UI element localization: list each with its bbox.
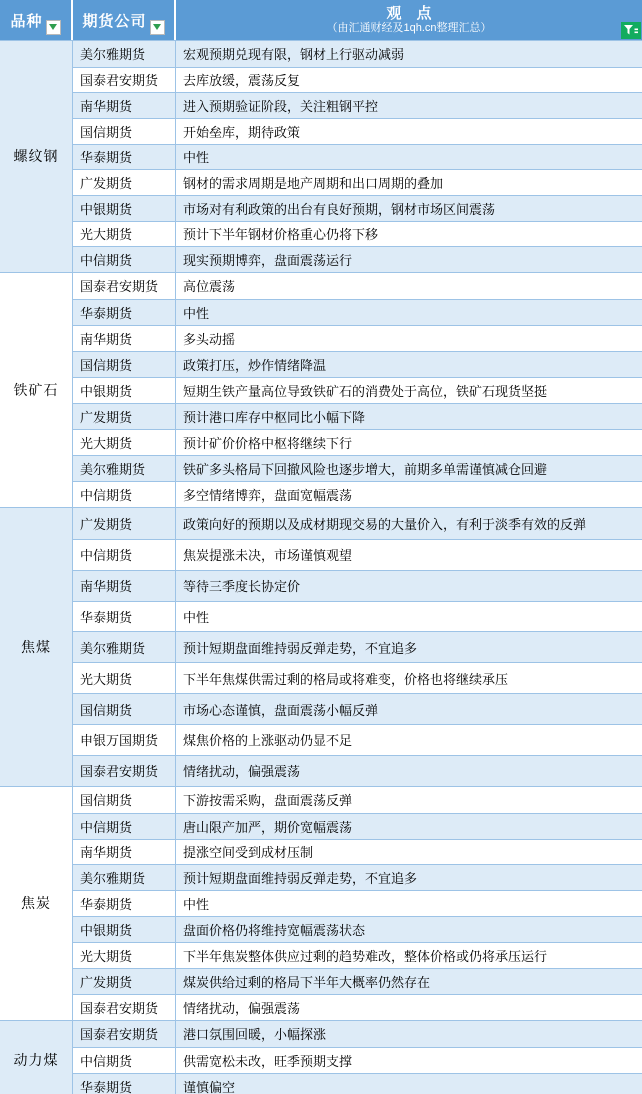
- company-cell[interactable]: 国泰君安期货: [73, 273, 176, 299]
- company-cell[interactable]: 中信期货: [73, 247, 176, 272]
- company-cell[interactable]: 光大期货: [73, 222, 176, 247]
- header-company-label: 期货公司: [82, 10, 146, 31]
- viewpoint-cell[interactable]: 港口氛围回暖，小幅探涨: [176, 1021, 642, 1047]
- table-row: 国泰君安期货情绪扰动，偏强震荡: [73, 994, 642, 1020]
- viewpoint-cell[interactable]: 预计下半年钢材价格重心仍将下移: [176, 222, 642, 247]
- commodity-section: 焦煤广发期货政策向好的预期以及成材期现交易的大量价入，有利于淡季有效的反弹中信期…: [0, 507, 642, 786]
- table-row: 美尔雅期货预计短期盘面维持弱反弹走势，不宜追多: [73, 864, 642, 890]
- variety-label: 焦煤: [21, 637, 51, 657]
- table-row: 中信期货现实预期博弈，盘面震荡运行: [73, 246, 642, 272]
- table-row: 国信期货市场心态谨慎，盘面震荡小幅反弹: [73, 693, 642, 724]
- viewpoint-cell[interactable]: 开始垒库，期待政策: [176, 119, 642, 144]
- company-cell[interactable]: 国泰君安期货: [73, 756, 176, 786]
- header-cell-viewpoint: 观 点 （由汇通财经及1qh.cn整理汇总）: [176, 0, 642, 40]
- company-cell[interactable]: 中银期货: [73, 917, 176, 942]
- table-row: 美尔雅期货预计短期盘面维持弱反弹走势，不宜追多: [73, 631, 642, 662]
- viewpoint-cell[interactable]: 焦炭提涨未决，市场谨慎观望: [176, 540, 642, 570]
- viewpoint-cell[interactable]: 中性: [176, 145, 642, 170]
- company-cell[interactable]: 南华期货: [73, 93, 176, 118]
- futures-opinion-sheet: 品种 期货公司 观 点 （由汇通财经及1qh.cn整理汇总） 螺纹钢美尔雅期货宏…: [0, 0, 642, 1094]
- table-row: 申银万国期货煤焦价格的上涨驱动仍显不足: [73, 724, 642, 755]
- table-body: 螺纹钢美尔雅期货宏观预期兑现有限，钢材上行驱动减弱国泰君安期货去库放缓，震荡反复…: [0, 40, 642, 1094]
- company-cell[interactable]: 国信期货: [73, 119, 176, 144]
- header-cell-variety: 品种: [0, 0, 73, 40]
- company-cell[interactable]: 国泰君安期货: [73, 68, 176, 93]
- company-cell[interactable]: 广发期货: [73, 969, 176, 994]
- viewpoint-cell[interactable]: 等待三季度长协定价: [176, 571, 642, 601]
- table-row: 广发期货政策向好的预期以及成材期现交易的大量价入，有利于淡季有效的反弹: [73, 508, 642, 539]
- company-cell[interactable]: 光大期货: [73, 943, 176, 968]
- company-cell[interactable]: 华泰期货: [73, 602, 176, 632]
- table-row: 国泰君安期货情绪扰动，偏强震荡: [73, 755, 642, 786]
- company-cell[interactable]: 广发期货: [73, 170, 176, 195]
- table-row: 美尔雅期货宏观预期兑现有限，钢材上行驱动减弱: [73, 41, 642, 67]
- company-cell[interactable]: 中信期货: [73, 814, 176, 839]
- table-row: 中银期货市场对有利政策的出台有良好预期，钢材市场区间震荡: [73, 195, 642, 221]
- variety-cell[interactable]: 螺纹钢: [0, 41, 73, 272]
- table-row: 国泰君安期货港口氛围回暖，小幅探涨: [73, 1021, 642, 1047]
- table-row: 国信期货开始垒库，期待政策: [73, 118, 642, 144]
- table-row: 南华期货多头动摇: [73, 325, 642, 351]
- company-cell[interactable]: 美尔雅期货: [73, 456, 176, 481]
- company-cell[interactable]: 广发期货: [73, 508, 176, 539]
- variety-label: 铁矿石: [14, 380, 59, 400]
- company-cell[interactable]: 华泰期货: [73, 1074, 176, 1094]
- viewpoint-cell[interactable]: 下半年焦炭整体供应过剩的趋势难改，整体价格或仍将承压运行: [176, 943, 642, 968]
- table-row: 国信期货下游按需采购，盘面震荡反弹: [73, 787, 642, 813]
- viewpoint-cell[interactable]: 盘面价格仍将维持宽幅震荡状态: [176, 917, 642, 942]
- table-row: 中信期货焦炭提涨未决，市场谨慎观望: [73, 539, 642, 570]
- table-row: 光大期货预计下半年钢材价格重心仍将下移: [73, 221, 642, 247]
- company-cell[interactable]: 光大期货: [73, 663, 176, 693]
- viewpoint-cell[interactable]: 情绪扰动，偏强震荡: [176, 995, 642, 1020]
- company-cell[interactable]: 美尔雅期货: [73, 632, 176, 662]
- table-row: 华泰期货中性: [73, 299, 642, 325]
- viewpoint-cell[interactable]: 预计矿价价格中枢将继续下行: [176, 430, 642, 455]
- header-viewpoint-subtitle: （由汇通财经及1qh.cn整理汇总）: [326, 22, 491, 35]
- viewpoint-cell[interactable]: 谨慎偏空: [176, 1074, 642, 1094]
- table-row: 中信期货唐山限产加严，期价宽幅震荡: [73, 813, 642, 839]
- variety-label: 螺纹钢: [14, 146, 59, 166]
- viewpoint-cell[interactable]: 煤炭供给过剩的格局下半年大概率仍然存在: [176, 969, 642, 994]
- table-row: 中信期货供需宽松未改，旺季预期支撑: [73, 1047, 642, 1073]
- company-cell[interactable]: 南华期货: [73, 326, 176, 351]
- table-row: 中银期货短期生铁产量高位导致铁矿石的消费处于高位，铁矿石现货坚挺: [73, 377, 642, 403]
- viewpoint-cell[interactable]: 多空情绪博弈，盘面宽幅震荡: [176, 482, 642, 507]
- table-row: 中信期货多空情绪博弈，盘面宽幅震荡: [73, 481, 642, 507]
- viewpoint-cell[interactable]: 政策打压，炒作情绪降温: [176, 352, 642, 377]
- table-row: 光大期货预计矿价价格中枢将继续下行: [73, 429, 642, 455]
- viewpoint-cell[interactable]: 预计短期盘面维持弱反弹走势，不宜追多: [176, 632, 642, 662]
- viewpoint-cell[interactable]: 进入预期验证阶段，关注粗钢平控: [176, 93, 642, 118]
- company-cell[interactable]: 美尔雅期货: [73, 41, 176, 67]
- table-row: 广发期货预计港口库存中枢同比小幅下降: [73, 403, 642, 429]
- table-row: 国泰君安期货高位震荡: [73, 273, 642, 299]
- viewpoint-cell[interactable]: 钢材的需求周期是地产周期和出口周期的叠加: [176, 170, 642, 195]
- company-cell[interactable]: 国信期货: [73, 352, 176, 377]
- filter-funnel-icon[interactable]: [621, 22, 641, 39]
- header-cell-company: 期货公司: [73, 0, 176, 40]
- table-row: 光大期货下半年焦炭整体供应过剩的趋势难改，整体价格或仍将承压运行: [73, 942, 642, 968]
- company-cell[interactable]: 国泰君安期货: [73, 1021, 176, 1047]
- viewpoint-cell[interactable]: 情绪扰动，偏强震荡: [176, 756, 642, 786]
- viewpoint-cell[interactable]: 现实预期博弈，盘面震荡运行: [176, 247, 642, 272]
- viewpoint-cell[interactable]: 唐山限产加严，期价宽幅震荡: [176, 814, 642, 839]
- table-header: 品种 期货公司 观 点 （由汇通财经及1qh.cn整理汇总）: [0, 0, 642, 40]
- company-cell[interactable]: 中信期货: [73, 482, 176, 507]
- viewpoint-cell[interactable]: 铁矿多头格局下回撤风险也逐步增大，前期多单需谨慎减仓回避: [176, 456, 642, 481]
- company-cell[interactable]: 南华期货: [73, 571, 176, 601]
- table-row: 华泰期货谨慎偏空: [73, 1073, 642, 1094]
- viewpoint-cell[interactable]: 短期生铁产量高位导致铁矿石的消费处于高位，铁矿石现货坚挺: [176, 378, 642, 403]
- table-row: 南华期货等待三季度长协定价: [73, 570, 642, 601]
- viewpoint-cell[interactable]: 下半年焦煤供需过剩的格局或将难变，价格也将继续承压: [176, 663, 642, 693]
- viewpoint-cell[interactable]: 预计港口库存中枢同比小幅下降: [176, 404, 642, 429]
- header-viewpoint-title: 观 点: [386, 5, 431, 22]
- commodity-section: 动力煤国泰君安期货港口氛围回暖，小幅探涨中信期货供需宽松未改，旺季预期支撑华泰期…: [0, 1020, 642, 1094]
- viewpoint-cell[interactable]: 下游按需采购，盘面震荡反弹: [176, 787, 642, 813]
- company-cell[interactable]: 国泰君安期货: [73, 995, 176, 1020]
- company-cell[interactable]: 申银万国期货: [73, 725, 176, 755]
- table-row: 美尔雅期货铁矿多头格局下回撤风险也逐步增大，前期多单需谨慎减仓回避: [73, 455, 642, 481]
- table-row: 南华期货进入预期验证阶段，关注粗钢平控: [73, 92, 642, 118]
- viewpoint-cell[interactable]: 预计短期盘面维持弱反弹走势，不宜追多: [176, 865, 642, 890]
- viewpoint-cell[interactable]: 政策向好的预期以及成材期现交易的大量价入，有利于淡季有效的反弹: [176, 508, 642, 539]
- company-cell[interactable]: 中银期货: [73, 378, 176, 403]
- table-row: 华泰期货中性: [73, 601, 642, 632]
- table-row: 中银期货盘面价格仍将维持宽幅震荡状态: [73, 916, 642, 942]
- viewpoint-cell[interactable]: 高位震荡: [176, 273, 642, 299]
- company-cell[interactable]: 国信期货: [73, 694, 176, 724]
- commodity-section: 螺纹钢美尔雅期货宏观预期兑现有限，钢材上行驱动减弱国泰君安期货去库放缓，震荡反复…: [0, 40, 642, 272]
- viewpoint-cell[interactable]: 中性: [176, 602, 642, 632]
- table-row: 南华期货提涨空间受到成材压制: [73, 839, 642, 865]
- company-cell[interactable]: 南华期货: [73, 840, 176, 865]
- company-cell[interactable]: 华泰期货: [73, 891, 176, 916]
- variety-filter-dropdown-button[interactable]: [46, 20, 61, 35]
- viewpoint-cell[interactable]: 市场心态谨慎，盘面震荡小幅反弹: [176, 694, 642, 724]
- chevron-down-icon: [153, 24, 161, 30]
- chevron-down-icon: [49, 24, 57, 30]
- variety-cell[interactable]: 铁矿石: [0, 273, 73, 507]
- company-cell[interactable]: 广发期货: [73, 404, 176, 429]
- table-row: 国信期货政策打压，炒作情绪降温: [73, 351, 642, 377]
- company-cell[interactable]: 国信期货: [73, 787, 176, 813]
- variety-label: 焦炭: [21, 893, 51, 913]
- company-cell[interactable]: 中信期货: [73, 1048, 176, 1073]
- viewpoint-cell[interactable]: 中性: [176, 891, 642, 916]
- variety-cell[interactable]: 动力煤: [0, 1021, 73, 1094]
- variety-cell[interactable]: 焦煤: [0, 508, 73, 786]
- viewpoint-cell[interactable]: 去库放缓，震荡反复: [176, 68, 642, 93]
- viewpoint-cell[interactable]: 供需宽松未改，旺季预期支撑: [176, 1048, 642, 1073]
- viewpoint-cell[interactable]: 市场对有利政策的出台有良好预期，钢材市场区间震荡: [176, 196, 642, 221]
- table-row: 华泰期货中性: [73, 144, 642, 170]
- company-cell[interactable]: 美尔雅期货: [73, 865, 176, 890]
- company-cell[interactable]: 华泰期货: [73, 300, 176, 325]
- table-row: 国泰君安期货去库放缓，震荡反复: [73, 67, 642, 93]
- header-variety-label: 品种: [10, 10, 42, 31]
- company-cell[interactable]: 中银期货: [73, 196, 176, 221]
- company-cell[interactable]: 华泰期货: [73, 145, 176, 170]
- company-cell[interactable]: 光大期货: [73, 430, 176, 455]
- viewpoint-cell[interactable]: 提涨空间受到成材压制: [176, 840, 642, 865]
- table-row: 广发期货煤炭供给过剩的格局下半年大概率仍然存在: [73, 968, 642, 994]
- table-row: 华泰期货中性: [73, 890, 642, 916]
- commodity-section: 焦炭国信期货下游按需采购，盘面震荡反弹中信期货唐山限产加严，期价宽幅震荡南华期货…: [0, 786, 642, 1020]
- viewpoint-cell[interactable]: 中性: [176, 300, 642, 325]
- variety-label: 动力煤: [14, 1050, 59, 1070]
- table-row: 广发期货钢材的需求周期是地产周期和出口周期的叠加: [73, 169, 642, 195]
- viewpoint-cell[interactable]: 多头动摇: [176, 326, 642, 351]
- company-filter-dropdown-button[interactable]: [150, 20, 165, 35]
- table-row: 光大期货下半年焦煤供需过剩的格局或将难变，价格也将继续承压: [73, 662, 642, 693]
- viewpoint-cell[interactable]: 煤焦价格的上涨驱动仍显不足: [176, 725, 642, 755]
- viewpoint-cell[interactable]: 宏观预期兑现有限，钢材上行驱动减弱: [176, 41, 642, 67]
- company-cell[interactable]: 中信期货: [73, 540, 176, 570]
- commodity-section: 铁矿石国泰君安期货高位震荡华泰期货中性南华期货多头动摇国信期货政策打压，炒作情绪…: [0, 272, 642, 507]
- variety-cell[interactable]: 焦炭: [0, 787, 73, 1020]
